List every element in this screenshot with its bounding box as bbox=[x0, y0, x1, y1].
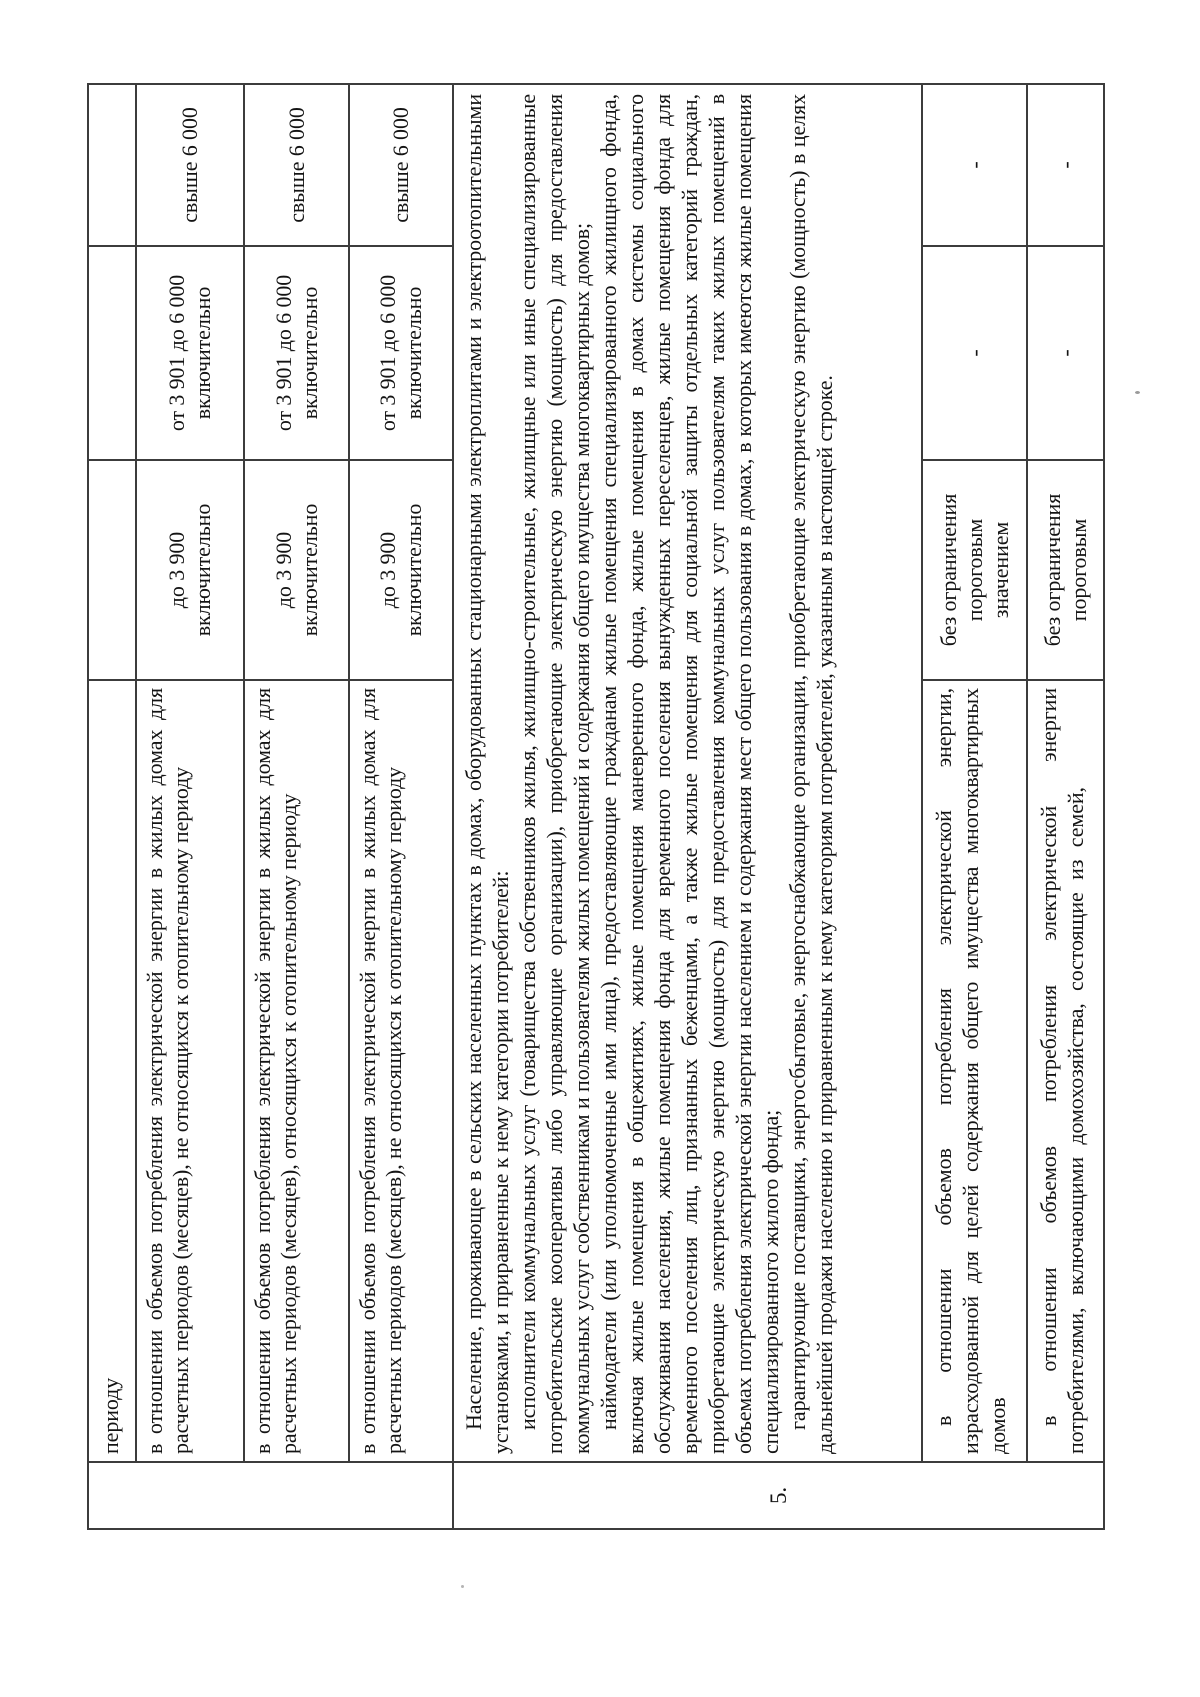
row-number-cell-empty bbox=[89, 1463, 452, 1528]
description-cell: в отношении объемов потребления электрич… bbox=[923, 681, 1026, 1461]
tier1-cell: до 3 900 включительно bbox=[137, 461, 243, 679]
scan-speck bbox=[461, 1585, 464, 1588]
tier1-cell: без ограничения пороговым значением bbox=[923, 461, 1026, 679]
consumer-category-paragraph: Население, проживающее в сельских населе… bbox=[454, 85, 921, 1461]
tier3-cell: - bbox=[1028, 85, 1103, 245]
tier2-cell: от 3 901 до 6 000 включительно bbox=[350, 247, 452, 459]
tier2-cell: - bbox=[923, 247, 1026, 459]
description-cell: в отношении объемов потребления электрич… bbox=[137, 681, 243, 1461]
description-cell: в отношении объемов потребления электрич… bbox=[245, 681, 348, 1461]
tier3-cell: - bbox=[923, 85, 1026, 245]
continuation-description-cell: периоду bbox=[89, 681, 135, 1461]
tier1-cell: до 3 900 включительно bbox=[350, 461, 452, 679]
tier2-cell: от 3 901 до 6 000 включительно bbox=[137, 247, 243, 459]
tier3-cell: свыше 6 000 bbox=[137, 85, 243, 245]
tier2-cell: - bbox=[1028, 247, 1103, 459]
description-cell: в отношении объемов потребления электрич… bbox=[1028, 681, 1103, 1461]
scanned-page: 5. периоду в отношении объемов потреблен… bbox=[0, 0, 1200, 1697]
continuation-tier2-cell bbox=[89, 247, 135, 459]
tier2-cell: от 3 901 до 6 000 включительно bbox=[245, 247, 348, 459]
continuation-tier3-cell bbox=[89, 85, 135, 245]
tier1-cell: без ограничения пороговым bbox=[1028, 461, 1103, 679]
tier3-cell: свыше 6 000 bbox=[350, 85, 452, 245]
tier3-cell: свыше 6 000 bbox=[245, 85, 348, 245]
description-cell: в отношении объемов потребления электрич… bbox=[350, 681, 452, 1461]
row-number-cell: 5. bbox=[454, 1463, 1103, 1528]
tariff-table: 5. периоду в отношении объемов потреблен… bbox=[87, 83, 1105, 1530]
continuation-tier1-cell bbox=[89, 461, 135, 679]
tier1-cell: до 3 900 включительно bbox=[245, 461, 348, 679]
paragraph-landlords: наймодатели (или уполномоченные ими лица… bbox=[595, 94, 784, 1454]
paragraph-suppliers: гарантирующие поставщики, энергосбытовые… bbox=[784, 94, 838, 1454]
paragraph-utility-providers: исполнители коммунальных услуг (товарище… bbox=[514, 94, 595, 1454]
paragraph-population: Население, проживающее в сельских населе… bbox=[460, 94, 514, 1454]
rotated-document: 5. периоду в отношении объемов потреблен… bbox=[0, 0, 1200, 1697]
scan-speck bbox=[1135, 391, 1140, 394]
